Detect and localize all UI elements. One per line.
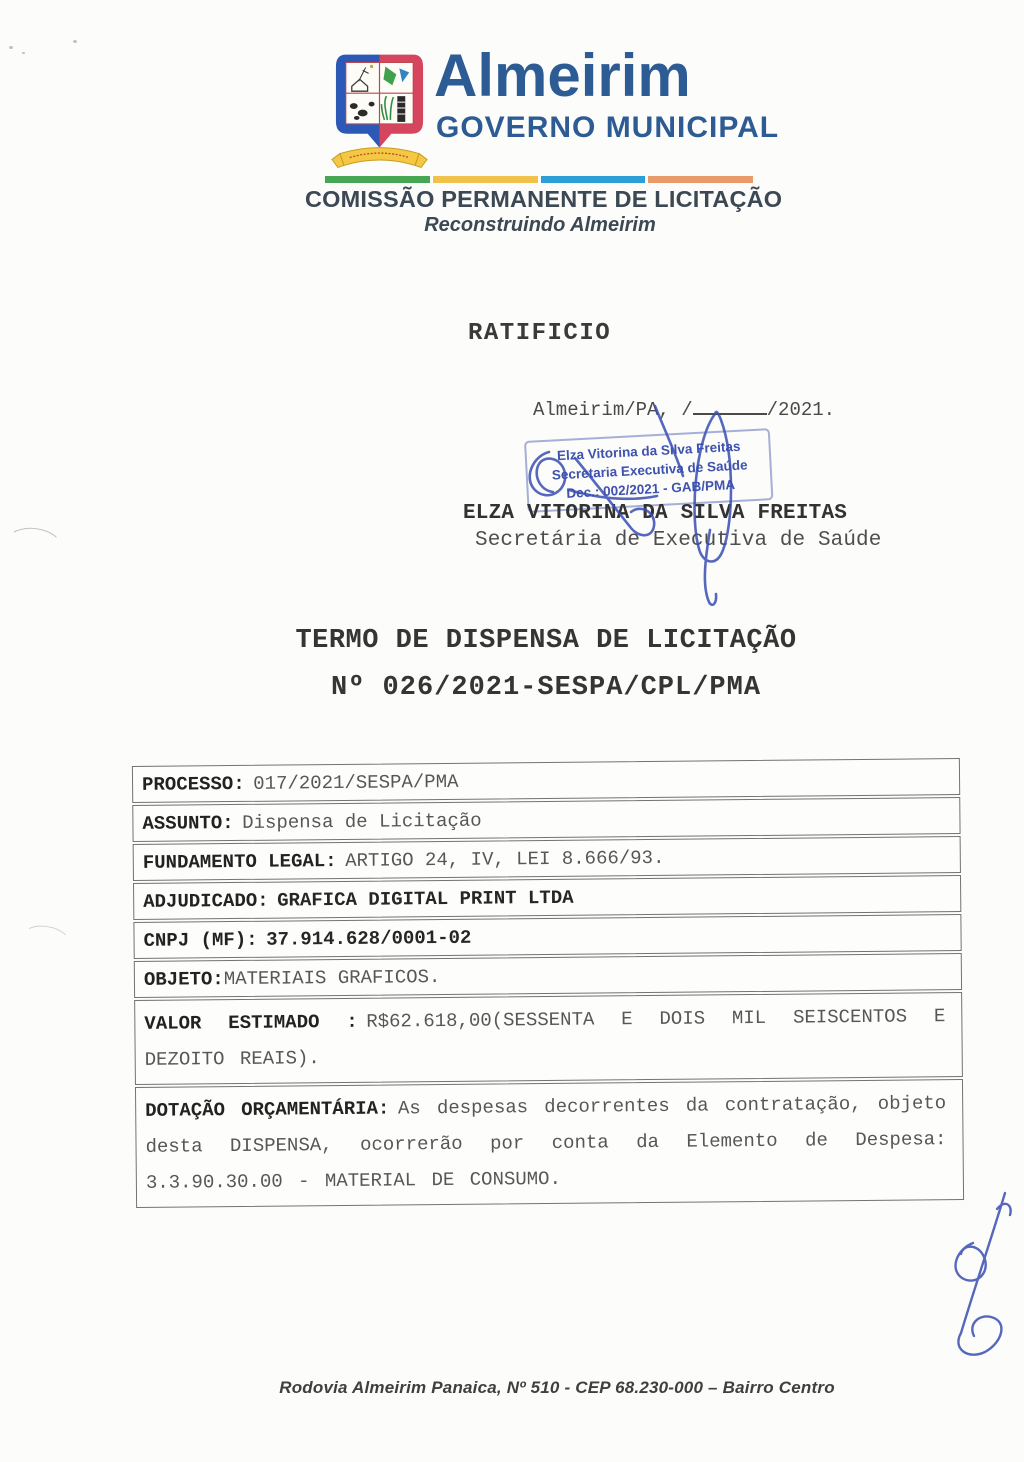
scan-speck xyxy=(22,52,25,54)
details-table: PROCESSO:017/2021/SESPA/PMA ASSUNTO:Disp… xyxy=(132,758,964,1210)
date-prefix: Almeirim/PA, xyxy=(533,399,670,421)
coat-of-arms-icon xyxy=(330,50,429,172)
document-page: Almeirim GOVERNO MUNICIPAL COMISSÃO PERM… xyxy=(0,0,1024,1462)
stripe-segment xyxy=(541,176,646,183)
row-value: MATERIAIS GRAFICOS. xyxy=(224,966,441,990)
date-year: /2021. xyxy=(767,399,835,421)
term-title: TERMO DE DISPENSA DE LICITAÇÃO xyxy=(86,626,1006,656)
table-row-cnpj: CNPJ (MF):37.914.628/0001-02 xyxy=(133,914,961,959)
table-row-valor: VALOR ESTIMADO :R$62.618,00(SESSENTA E D… xyxy=(134,992,963,1085)
row-value: GRAFICA DIGITAL PRINT LTDA xyxy=(277,887,574,912)
row-label: OBJETO: xyxy=(144,968,224,991)
scan-arc xyxy=(20,922,72,958)
row-label: ASSUNTO: xyxy=(142,812,233,835)
stripe-segment xyxy=(325,176,430,183)
brand-title: Almeirim xyxy=(434,46,691,106)
date-slash: / xyxy=(681,399,692,421)
row-label: VALOR ESTIMADO : xyxy=(144,1011,358,1035)
date-blank-line xyxy=(693,396,767,415)
row-label: PROCESSO: xyxy=(142,773,245,796)
stripe-segment xyxy=(433,176,538,183)
approval-stamp: Elza Vitorina da Silva Freitas Secretari… xyxy=(524,428,773,513)
brand-stripe xyxy=(325,176,753,183)
term-number: Nº 026/2021-SESPA/CPL/PMA xyxy=(86,673,1006,703)
row-label: CNPJ (MF): xyxy=(143,929,257,952)
footer-address: Rodovia Almeirim Panaica, Nº 510 - CEP 6… xyxy=(94,1378,1020,1398)
brand-subtitle: GOVERNO MUNICIPAL xyxy=(436,113,779,143)
scan-speck xyxy=(9,46,13,49)
stripe-segment xyxy=(648,176,753,183)
row-value: 37.914.628/0001-02 xyxy=(266,927,471,951)
row-value: 017/2021/SESPA/PMA xyxy=(253,771,458,795)
table-row-dotacao: DOTAÇÃO ORÇAMENTÁRIA:As despesas decorre… xyxy=(135,1079,964,1208)
table-row-assunto: ASSUNTO:Dispensa de Licitação xyxy=(132,797,960,842)
row-label: DOTAÇÃO ORÇAMENTÁRIA: xyxy=(145,1098,389,1122)
table-row-processo: PROCESSO:017/2021/SESPA/PMA xyxy=(132,758,960,803)
bottom-signature-icon xyxy=(933,1183,1023,1361)
row-value: ARTIGO 24, IV, LEI 8.666/93. xyxy=(345,847,664,872)
row-label: ADJUDICADO: xyxy=(143,890,269,913)
date-line: Almeirim/PA, //2021. xyxy=(533,396,835,421)
row-label: FUNDAMENTO LEGAL: xyxy=(143,850,337,874)
commission-title: COMISSÃO PERMANENTE DE LICITAÇÃO xyxy=(305,186,775,213)
signer-role: Secretária de Executiva de Saúde xyxy=(475,529,881,552)
signer-name: ELZA VITORINA DA SILVA FREITAS xyxy=(463,502,847,525)
ratification-title: RATIFICIO xyxy=(468,320,611,347)
scan-arc xyxy=(4,525,64,566)
slogan: Reconstruindo Almeirim xyxy=(305,214,775,237)
table-row-fundamento: FUNDAMENTO LEGAL:ARTIGO 24, IV, LEI 8.66… xyxy=(133,836,961,881)
scan-speck xyxy=(73,40,77,43)
table-row-objeto: OBJETO:MATERIAIS GRAFICOS. xyxy=(134,953,962,998)
row-value: Dispensa de Licitação xyxy=(242,810,482,834)
table-row-adjudicado: ADJUDICADO:GRAFICA DIGITAL PRINT LTDA xyxy=(133,875,961,920)
